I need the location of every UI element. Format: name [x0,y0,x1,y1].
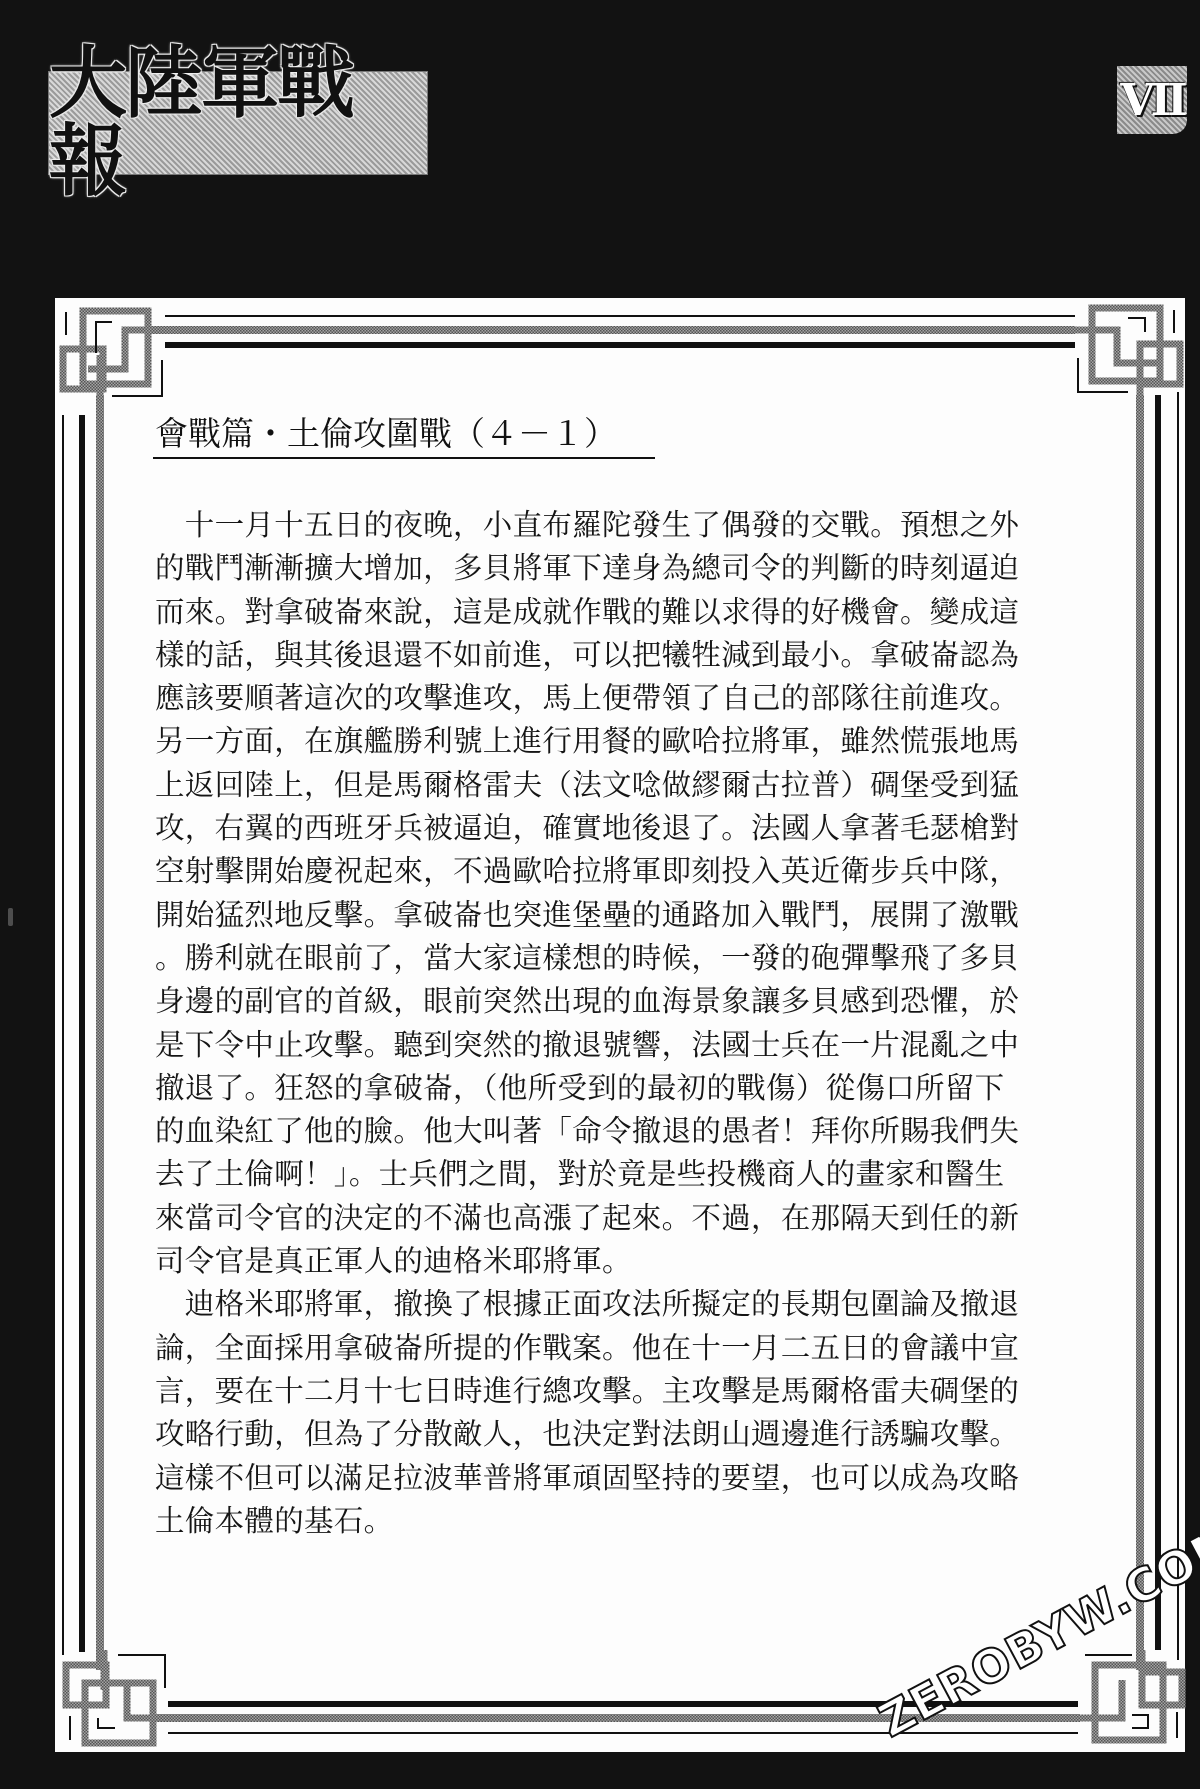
text-line: 是下令中止攻擊。聽到突然的撤退號響，法國士兵在一片混亂之中 [155,1024,1090,1067]
series-title-banner: 大陸軍戰報 [48,71,428,175]
text-line: 言，要在十二月十七日時進行總攻擊。主攻擊是馬爾格雷夫碉堡的 [155,1370,1090,1413]
text-line: 這樣不但可以滿足拉波華普將軍頑固堅持的要望，也可以成為攻略 [155,1457,1090,1500]
text-line: 來當司令官的決定的不滿也高漲了起來。不過，在那隔天到任的新 [155,1197,1090,1240]
paragraph-2: 迪格米耶將軍，撤換了根據正面攻法所擬定的長期包圍論及撤退 論，全面採用拿破崙所提… [155,1283,1090,1543]
heading-underline [153,457,655,459]
text-line: 應該要順著這次的攻擊進攻，馬上便帶領了自己的部隊往前進攻。 [155,677,1090,720]
text-line: 十一月十五日的夜晚，小直布羅陀發生了偶發的交戰。預想之外 [155,504,1090,547]
text-line: 。勝利就在眼前了，當大家這樣想的時候，一發的砲彈擊飛了多貝 [155,937,1090,980]
text-line: 另一方面，在旗艦勝利號上進行用餐的歐哈拉將軍，雖然慌張地馬 [155,720,1090,763]
text-line: 空射擊開始慶祝起來，不過歐哈拉將軍即刻投入英近衛步兵中隊， [155,850,1090,893]
volume-badge: VII [1117,66,1187,134]
text-line: 攻，右翼的西班牙兵被逼迫，確實地後退了。法國人拿著毛瑟槍對 [155,807,1090,850]
text-line: 樣的話，與其後退還不如前進，可以把犧牲減到最小。拿破崙認為 [155,634,1090,677]
text-line: 的血染紅了他的臉。他大叫著「命令撤退的愚者！拜你所賜我們失 [155,1110,1090,1153]
text-line: 身邊的副官的首級，眼前突然出現的血海景象讓多貝感到恐懼，於 [155,980,1090,1023]
text-line: 撤退了。狂怒的拿破崙，（他所受到的最初的戰傷）從傷口所留下 [155,1067,1090,1110]
paragraph-1: 十一月十五日的夜晚，小直布羅陀發生了偶發的交戰。預想之外 的戰鬥漸漸擴大增加，多… [155,504,1090,1283]
text-line: 而來。對拿破崙來說，這是成就作戰的難以求得的好機會。變成這 [155,591,1090,634]
article-body: 十一月十五日的夜晚，小直布羅陀發生了偶發的交戰。預想之外 的戰鬥漸漸擴大增加，多… [155,504,1090,1543]
text-line: 上返回陸上，但是馬爾格雷夫（法文唸做繆爾古拉普）碉堡受到猛 [155,764,1090,807]
series-title: 大陸軍戰報 [49,45,427,201]
text-line: 論，全面採用拿破崙所提的作戰案。他在十一月二五日的會議中宣 [155,1327,1090,1370]
scan-speck [8,908,13,926]
volume-number: VII [1120,75,1183,126]
article-heading: 會戰篇・土倫攻圍戰（４－１） [155,408,617,455]
text-line: 去了土倫啊！」。士兵們之間，對於竟是些投機商人的畫家和醫生 [155,1153,1090,1196]
text-line: 司令官是真正軍人的迪格米耶將軍。 [155,1240,1090,1283]
text-line: 開始猛烈地反擊。拿破崙也突進堡壘的通路加入戰鬥，展開了激戰 [155,894,1090,937]
text-line: 攻略行動，但為了分散敵人，也決定對法朗山週邊進行誘騙攻擊。 [155,1413,1090,1456]
text-line: 迪格米耶將軍，撤換了根據正面攻法所擬定的長期包圍論及撤退 [155,1283,1090,1326]
text-line: 的戰鬥漸漸擴大增加，多貝將軍下達身為總司令的判斷的時刻逼迫 [155,547,1090,590]
text-line: 土倫本體的基石。 [155,1500,1090,1543]
